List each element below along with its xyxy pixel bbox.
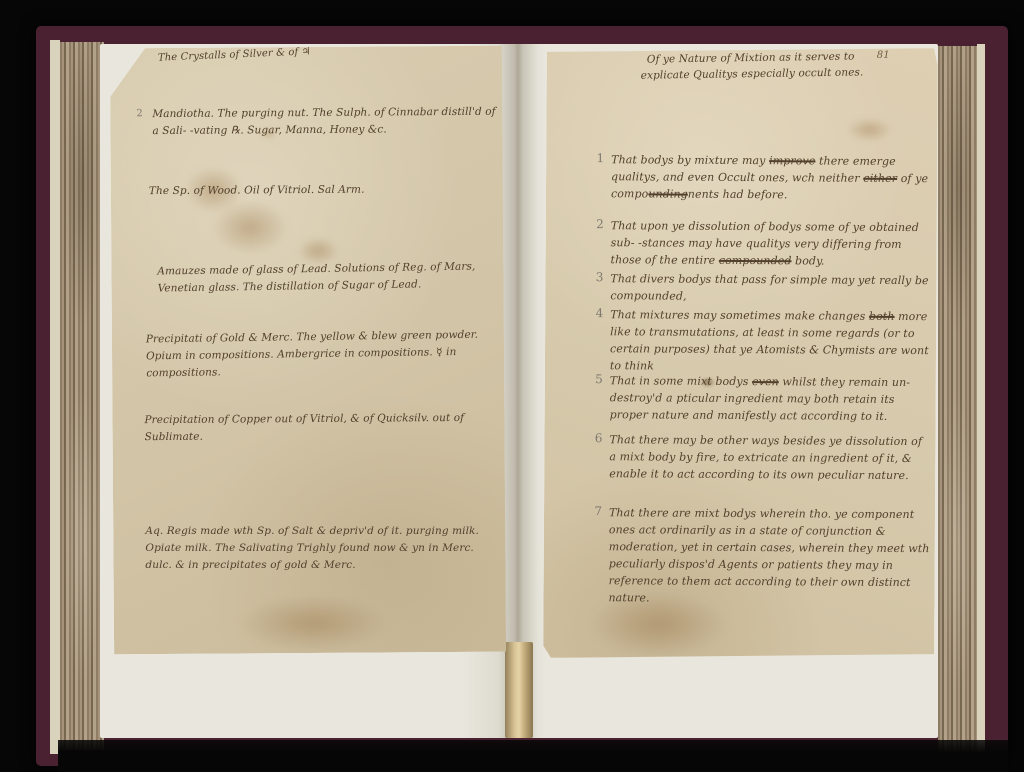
item-text: That there are mixt bodys wherein tho. y… xyxy=(608,504,931,608)
item-text: That upon ye dissolution of bodys some o… xyxy=(611,217,933,270)
item-number: 6 xyxy=(588,431,602,482)
left-margin-number: 2 xyxy=(136,108,142,119)
page-number: 81 xyxy=(877,50,890,61)
manuscript-paragraph: Mandiotha. The purging nut. The Sulph. o… xyxy=(152,104,496,140)
item-text: That divers bodys that pass for simple m… xyxy=(610,270,932,306)
paper-stain xyxy=(211,199,289,256)
paper-stain xyxy=(846,118,892,142)
item-number: 5 xyxy=(589,372,603,423)
left-endpaper-edge xyxy=(50,40,60,754)
left-fore-edge-pages xyxy=(60,42,104,750)
numbered-note: 5 That in some mixt bodys even whilst th… xyxy=(589,372,935,425)
item-text: That in some mixt bodys even whilst they… xyxy=(610,372,932,425)
bottom-shadow xyxy=(58,740,1008,772)
left-page-heading: The Crystalls of Silver & of ♃ xyxy=(158,46,311,63)
manuscript-paragraph: Precipitati of Gold & Merc. The yellow &… xyxy=(146,326,502,382)
numbered-note: 4 That mixtures may sometimes make chang… xyxy=(589,306,935,376)
manuscript-paragraph: Precipitation of Copper out of Vitriol, … xyxy=(144,410,504,447)
numbered-note: 6 That there may be other ways besides y… xyxy=(588,431,934,484)
manuscript-book-photo: The Crystalls of Silver & of ♃ 2 Mandiot… xyxy=(0,0,1024,772)
paper-stain xyxy=(238,594,388,651)
right-fore-edge-pages xyxy=(938,46,978,754)
gutter-binding xyxy=(505,642,533,738)
numbered-note: 1 That bodys by mixture may improve ther… xyxy=(590,151,936,204)
item-text: That there may be other ways besides ye … xyxy=(609,431,931,484)
item-text: That bodys by mixture may improve there … xyxy=(611,151,933,204)
right-endpaper-edge xyxy=(977,44,985,756)
item-text: That mixtures may sometimes make changes… xyxy=(610,306,932,376)
manuscript-paragraph: Aq. Regis made wth Sp. of Salt & depriv'… xyxy=(145,523,495,574)
left-manuscript-leaf: The Crystalls of Silver & of ♃ 2 Mandiot… xyxy=(110,46,506,655)
item-number: 2 xyxy=(590,217,604,268)
right-manuscript-leaf: Of ye Nature of Mixtion as it serves to … xyxy=(543,46,938,660)
item-number: 3 xyxy=(589,270,603,304)
item-number: 7 xyxy=(587,504,602,606)
item-number: 1 xyxy=(590,151,604,202)
item-number: 4 xyxy=(589,306,603,374)
numbered-note: 7 That there are mixt bodys wherein tho.… xyxy=(587,504,934,608)
numbered-note: 2 That upon ye dissolution of bodys some… xyxy=(590,217,936,270)
numbered-note: 3 That divers bodys that pass for simple… xyxy=(589,270,935,306)
manuscript-paragraph: The Sp. of Wood. Oil of Vitriol. Sal Arm… xyxy=(149,181,479,200)
right-page-heading-line2: explicate Qualitys especially occult one… xyxy=(641,66,864,81)
manuscript-paragraph: Amauzes made of glass of Lead. Solutions… xyxy=(157,258,497,297)
right-page-heading-line1: Of ye Nature of Mixtion as it serves to xyxy=(647,51,855,66)
